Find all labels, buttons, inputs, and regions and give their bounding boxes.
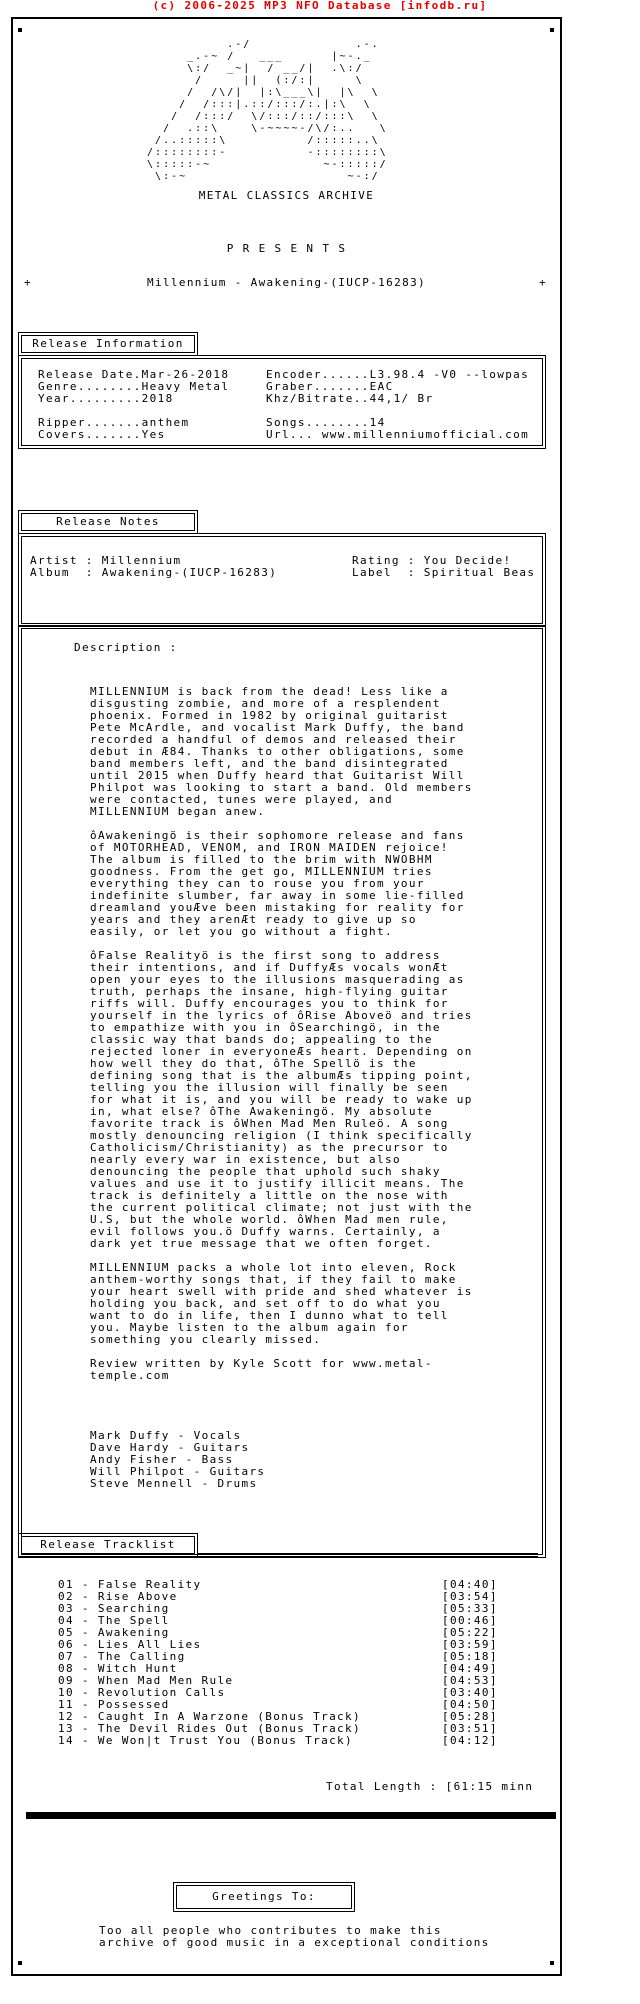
- tab-release-notes: Release Notes: [18, 510, 198, 534]
- corner-dot-icon: [550, 1961, 554, 1965]
- title-marker-right: +: [539, 277, 547, 289]
- corner-dot-icon: [18, 28, 22, 32]
- release-info-left-row: Covers.......Yes: [38, 429, 229, 441]
- tab-release-tracklist: Release Tracklist: [18, 1533, 198, 1557]
- description-paragraph: MILLENNIUM packs a whole lot into eleven…: [90, 1262, 473, 1346]
- release-info-left-row: Year.........2018: [38, 393, 229, 405]
- description-body: MILLENNIUM is back from the dead! Less l…: [90, 686, 473, 1490]
- track-title: 14 - We Won|t Trust You (Bonus Track): [58, 1734, 353, 1747]
- description-heading: Description :: [74, 642, 178, 654]
- corner-dot-icon: [550, 28, 554, 32]
- release-notes-header-box: Artist : Millennium Album : Awakening-(I…: [18, 533, 546, 627]
- description-paragraph: Review written by Kyle Scott for www.met…: [90, 1358, 473, 1382]
- album-field: Album : Awakening-(IUCP-16283): [30, 567, 277, 579]
- release-info-left-column: Release Date.Mar-26-2018Genre........Hea…: [38, 369, 229, 441]
- release-info-right-row: Khz/Bitrate..44,1/ Br: [266, 393, 529, 405]
- logo-caption: METAL CLASSICS ARCHIVE: [13, 190, 560, 202]
- greetings-text: Too all people who contributes to make t…: [99, 1925, 490, 1949]
- release-information-box: Release Date.Mar-26-2018Genre........Hea…: [18, 355, 546, 449]
- track-length: [04:12]: [442, 1735, 498, 1747]
- description-box: Description : MILLENNIUM is back from th…: [18, 625, 546, 1558]
- copyright-banner: (c) 2006-2025 MP3 NFO Database [infodb.r…: [0, 0, 640, 12]
- tracklist: 01 - False Reality[04:40]02 - Rise Above…: [58, 1579, 518, 1747]
- info-value: Yes: [142, 428, 166, 441]
- info-value: 2018: [142, 392, 174, 405]
- info-value: www.millenniumofficial.com: [322, 428, 529, 441]
- album-label: Album :: [30, 566, 102, 579]
- corner-dot-icon: [18, 1961, 22, 1965]
- total-length-label: Total Length :: [326, 1780, 446, 1793]
- info-label: Covers.......: [38, 428, 142, 441]
- tracklist-rule: [198, 1553, 538, 1557]
- total-length-value: [61:15 minn: [446, 1780, 534, 1793]
- description-paragraph: ôFalse Realityö is the first song to add…: [90, 950, 473, 1250]
- tab-release-information: Release Information: [18, 332, 198, 356]
- section-divider: [26, 1812, 556, 1819]
- label-field: Label : Spiritual Beas: [352, 567, 535, 579]
- info-label: Year.........: [38, 392, 142, 405]
- info-label: Url...: [266, 428, 322, 441]
- band-lineup: Mark Duffy - Vocals Dave Hardy - Guitars…: [90, 1430, 473, 1490]
- label-value: Spiritual Beas: [424, 566, 536, 579]
- presents-text: P R E S E N T S: [13, 243, 560, 255]
- description-paragraph: MILLENNIUM is back from the dead! Less l…: [90, 686, 473, 818]
- track-row: 14 - We Won|t Trust You (Bonus Track)[04…: [58, 1735, 518, 1747]
- description-paragraph: ôAwakeningö is their sophomore release a…: [90, 830, 473, 938]
- total-length: Total Length : [61:15 minn: [326, 1781, 533, 1793]
- album-value: Awakening-(IUCP-16283): [102, 566, 277, 579]
- label-label: Label :: [352, 566, 424, 579]
- info-value: 44,1/ Br: [370, 392, 434, 405]
- release-info-right-row: Url... www.millenniumofficial.com: [266, 429, 529, 441]
- release-info-right-column: Encoder......L3.98.4 -V0 --lowpasGraber.…: [266, 369, 529, 441]
- metal-classics-logo-art: .-/ .-. _.-~ / ___ |~-._ \:/ _~| / __/| …: [131, 39, 388, 183]
- nfo-frame: .-/ .-. _.-~ / ___ |~-._ \:/ _~| / __/| …: [11, 17, 562, 1976]
- greetings-heading: Greetings To:: [173, 1882, 355, 1912]
- info-label: Khz/Bitrate..: [266, 392, 370, 405]
- release-title: Millennium - Awakening-(IUCP-16283): [13, 277, 560, 289]
